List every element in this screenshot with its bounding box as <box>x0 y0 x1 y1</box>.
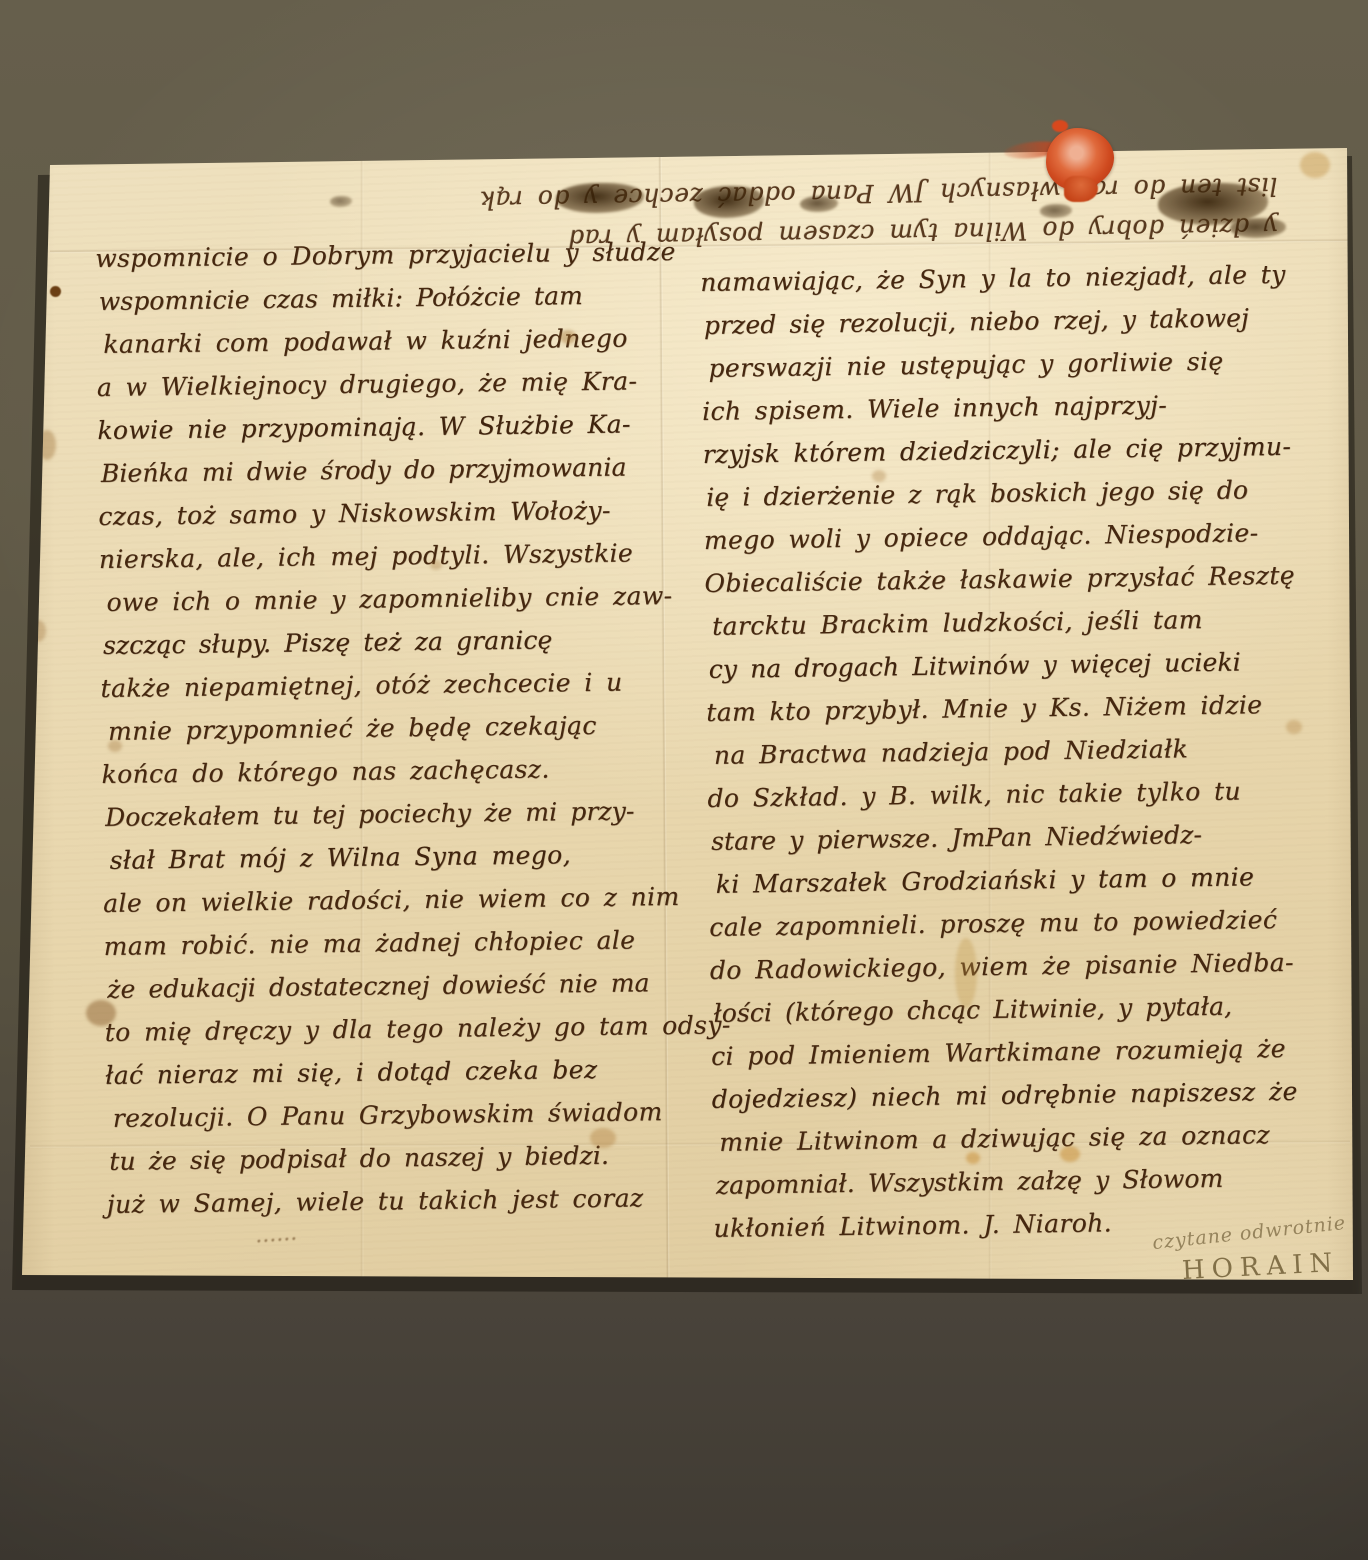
handwriting-line: wspomnicie o Dobrym przyjacielu y słudze <box>95 230 680 280</box>
handwriting-line: to mię dręczy y dla tego należy go tam o… <box>104 1004 689 1054</box>
handwriting-line: kowie nie przypominają. W Służbie Ka- <box>97 402 682 452</box>
handwriting-line: Obiecaliście także łaskawie przysłać Res… <box>704 553 1315 605</box>
photograph-background: y dzień dobry do Wilna tym czasem posyła… <box>0 0 1368 1560</box>
handwriting-line: czas, toż samo y Niskowskim Wołoży- <box>98 488 683 538</box>
stain <box>1300 152 1330 178</box>
stain <box>50 286 61 297</box>
wax-seal-drip <box>1064 176 1098 202</box>
handwriting-line: wspomnicie czas miłki: Połóżcie tam <box>99 273 681 323</box>
handwriting-line: a w Wielkiejnocy drugiego, że mię Kra- <box>97 359 682 409</box>
handwriting-line: łać nieraz mi się, i dotąd czeka bez <box>105 1047 690 1097</box>
stain <box>872 470 886 482</box>
letter-paper: y dzień dobry do Wilna tym czasem posyła… <box>0 0 1368 1560</box>
stain <box>955 938 977 1008</box>
left-text-column: wspomnicie o Dobrym przyjacielu y słudze… <box>95 230 692 1226</box>
handwriting-line: owe ich o mnie y zapomnieliby cnie zaw- <box>106 574 684 624</box>
handwriting-line: słał Brat mój z Wilna Syna mego, <box>109 832 687 882</box>
stain <box>560 330 576 344</box>
wax-seal <box>1000 118 1130 213</box>
handwriting-line: już w Samej, wiele tu takich jest coraz <box>107 1176 692 1226</box>
handwriting-line: mam robić. nie ma żadnej chłopiec ale <box>103 918 688 968</box>
handwriting-line: Doczekałem tu tej pociechy że mi przy- <box>105 789 687 839</box>
right-text-column: namawiając, że Syn y la to niezjadł, ale… <box>700 252 1324 1249</box>
handwriting-line: mnie przypomnieć że będę czekając <box>108 703 686 753</box>
stain <box>590 1128 616 1148</box>
stain <box>1286 720 1302 734</box>
handwriting-line: ale on wielkie radości, nie wiem co z ni… <box>103 875 688 925</box>
handwriting-line: do Szkład. y B. wilk, nic takie tylko tu <box>707 768 1318 820</box>
handwriting-line: mnie Litwinom a dziwując się za oznacz <box>719 1112 1323 1163</box>
stain <box>108 740 122 752</box>
handwriting-line: szcząc słupy. Piszę też za granicę <box>103 617 685 667</box>
wax-seal-fragment <box>1052 120 1068 132</box>
handwriting-line: że edukacji dostatecznej dowieść nie ma <box>107 961 689 1011</box>
handwriting-line: Bieńka mi dwie środy do przyjmowania <box>101 445 683 495</box>
stain <box>966 1152 980 1164</box>
handwriting-line: kanarki com podawał w kuźni jednego <box>103 316 681 366</box>
faint-ink-mark: ...... <box>254 1221 298 1249</box>
handwriting-line: perswazji nie ustępując y gorliwie się <box>708 338 1312 389</box>
stain <box>86 1000 116 1026</box>
handwriting-line: także niepamiętnej, otóż zechcecie i u <box>100 660 685 710</box>
stain <box>430 560 442 570</box>
handwriting-line: tam kto przybył. Mnie y Ks. Niżem idzie <box>706 682 1317 734</box>
stain <box>1060 1146 1080 1162</box>
handwriting-line: nierska, ale, ich mej podtyli. Wszystkie <box>99 531 684 581</box>
handwriting-line: końca do którego nas zachęcasz. <box>101 746 686 796</box>
